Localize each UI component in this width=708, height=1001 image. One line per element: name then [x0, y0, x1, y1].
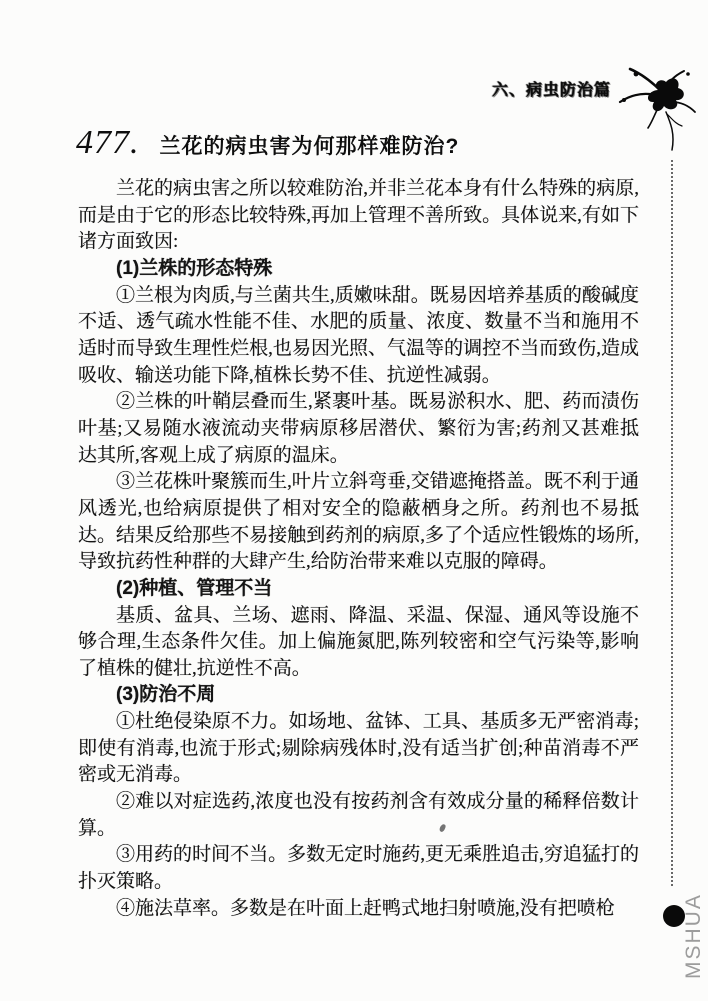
page-dot-marker	[663, 905, 685, 927]
running-head-section-label: 六、病虫防治篇	[492, 77, 611, 100]
question-number: 477.	[76, 124, 140, 162]
orchid-ink-illustration-icon	[610, 62, 698, 154]
paragraph: ④施法草率。多数是在叶面上赶鸭式地扫射喷施,没有把喷枪	[78, 896, 639, 923]
paragraph: ②难以对症选药,浓度也没有按药剂含有效成分量的稀释倍数计算。	[78, 789, 639, 842]
question-title-row: 477. 兰花的病虫害为何那样难防治?	[76, 124, 459, 162]
paragraph: ①兰根为肉质,与兰菌共生,质嫩味甜。既易因培养基质的酸碱度不适、透气疏水性能不佳…	[78, 283, 639, 390]
paragraph: 兰花的病虫害之所以较难防治,并非兰花本身有什么特殊的病原,而是由于它的形态比较特…	[78, 176, 639, 256]
paragraph: ③兰花株叶聚簇而生,叶片立斜弯垂,交错遮掩搭盖。既不利于通风透光,也给病原提供了…	[78, 469, 639, 576]
subsection-heading: (3)防治不周	[78, 682, 639, 709]
paragraph: 基质、盆具、兰场、遮雨、降温、采温、保湿、通风等设施不够合理,生态条件欠佳。加上…	[78, 603, 639, 683]
body-text-block: 兰花的病虫害之所以较难防治,并非兰花本身有什么特殊的病原,而是由于它的形态比较特…	[78, 176, 639, 922]
question-title: 兰花的病虫害为何那样难防治?	[160, 130, 460, 160]
subsection-heading: (2)种植、管理不当	[78, 576, 639, 603]
paragraph: ①杜绝侵染原不力。如场地、盆钵、工具、基质多无严密消毒;即使有消毒,也流于形式;…	[78, 709, 639, 789]
paragraph: ③用药的时间不当。多数无定时施药,更无乘胜追击,穷追猛打的扑灭策略。	[78, 842, 639, 895]
subsection-heading: (1)兰株的形态特殊	[78, 256, 639, 283]
paragraph: ②兰株的叶鞘层叠而生,紧裹叶基。既易淤积水、肥、药而渍伤叶基;又易随水液流动夹带…	[78, 389, 639, 469]
watermark-label: MSHUA	[682, 893, 706, 979]
scanned-book-page: 六、病虫防治篇 477. 兰花的病虫害为何那样难防治? 兰花的病虫害之所以较难防…	[0, 0, 708, 1001]
right-margin-dotted-divider	[671, 160, 673, 886]
